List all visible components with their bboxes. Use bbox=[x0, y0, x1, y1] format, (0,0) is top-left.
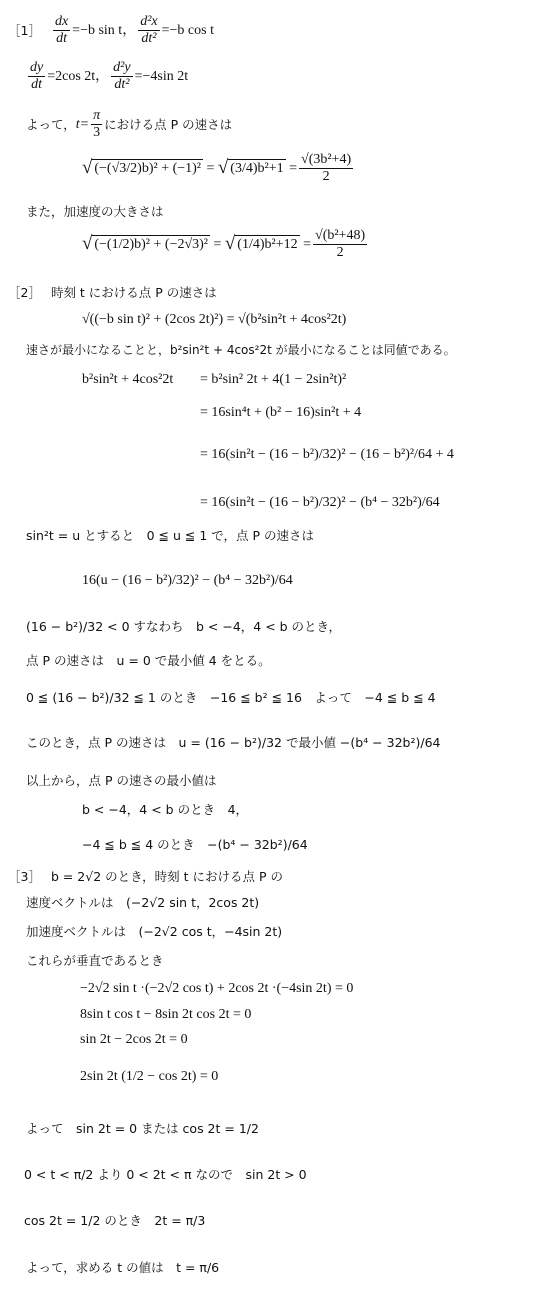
part3-intro: ［3］ b = 2√2 のとき，時刻 t における点 P の bbox=[8, 868, 283, 886]
sqrt: √(3/4)b²+1 bbox=[218, 159, 286, 178]
part3-answer: よって，求める t の値は t = π/6 bbox=[26, 1259, 219, 1277]
part2-speed-expr: √((−b sin t)² + (2cos 2t)²) = √(b²sin²t … bbox=[82, 311, 346, 329]
pi-over-3: π3 bbox=[91, 108, 102, 141]
dx-dt-fraction: dxdt bbox=[53, 14, 70, 47]
part2-intro: ［2］ 時刻 t における点 P の速さは bbox=[8, 284, 217, 302]
text: 時刻 t における点 P の速さは bbox=[51, 284, 217, 302]
part3-velocity: 速度ベクトルは (−2√2 sin t，2cos 2t) bbox=[26, 894, 259, 912]
part1-label: ［1］ bbox=[8, 22, 41, 40]
d2y-dt2-fraction: d²ydt² bbox=[111, 60, 132, 93]
d2x-rhs: =−b cos t bbox=[162, 22, 214, 40]
text: よって， bbox=[26, 116, 76, 134]
speed-result: √(3b²+4)2 bbox=[299, 152, 353, 185]
part3-acceleration: 加速度ベクトルは (−2√2 cos t，−4sin 2t) bbox=[26, 923, 282, 941]
part2-summary-1: b < −4，4 < b のとき 4， bbox=[82, 801, 248, 819]
d2x-dt2-fraction: d²xdt² bbox=[138, 14, 159, 47]
part1-line1: ［1］ dxdt =−b sin t， d²xdt² =−b cos t bbox=[8, 14, 214, 47]
t-var: t= bbox=[76, 116, 89, 134]
part2-label: ［2］ bbox=[8, 284, 41, 302]
part1-speed-formula: √(−(√3/2)b)² + (−1)² = √(3/4)b²+1 = √(3b… bbox=[82, 152, 355, 185]
part1-line2: dydt =2cos 2t， d²ydt² =−4sin 2t bbox=[26, 60, 188, 93]
part3-perp: これらが垂直であるとき bbox=[26, 952, 164, 970]
part3-step-1: −2√2 sin t ·(−2√2 cos t) + 2cos 2t ·(−4s… bbox=[80, 980, 353, 998]
sqrt: √(−(1/2)b)² + (−2√3)² bbox=[82, 235, 210, 254]
sqrt: √(1/4)b²+12 bbox=[225, 235, 300, 254]
part3-step-4: 2sin 2t (1/2 − cos 2t) = 0 bbox=[80, 1068, 218, 1086]
text: b = 2√2 のとき，時刻 t における点 P の bbox=[51, 868, 283, 886]
eq-lhs: b²sin²t + 4cos²2t bbox=[82, 371, 173, 389]
part2-case1-cond: (16 − b²)/32 < 0 すなわち b < −4，4 < b のとき， bbox=[26, 618, 341, 636]
part1-accel-intro: また，加速度の大きさは bbox=[26, 203, 164, 221]
part3-so1: よって sin 2t = 0 または cos 2t = 1/2 bbox=[26, 1120, 259, 1138]
d2y-rhs: =−4sin 2t bbox=[135, 68, 189, 86]
part3-range: 0 < t < π/2 より 0 < 2t < π なので sin 2t > 0 bbox=[24, 1166, 307, 1184]
eq-step-3: = 16(sin²t − (16 − b²)/32)² − (16 − b²)²… bbox=[200, 446, 454, 464]
part2-subst: sin²t = u とすると 0 ≦ u ≦ 1 で，点 P の速さは bbox=[26, 527, 314, 545]
sqrt: √(−(√3/2)b)² + (−1)² bbox=[82, 159, 203, 178]
part2-case2-result: このとき，点 P の速さは u = (16 − b²)/32 で最小値 −(b⁴… bbox=[26, 734, 440, 752]
part2-summary-intro: 以上から，点 P の速さの最小値は bbox=[26, 772, 217, 790]
part3-step-2: 8sin t cos t − 8sin 2t cos 2t = 0 bbox=[80, 1006, 251, 1024]
eq-step-1: = b²sin² 2t + 4(1 − 2sin²t)² bbox=[200, 371, 346, 389]
part2-summary-2: −4 ≦ b ≦ 4 のとき −(b⁴ − 32b²)/64 bbox=[82, 836, 308, 854]
part3-label: ［3］ bbox=[8, 868, 41, 886]
accel-result: √(b²+48)2 bbox=[313, 228, 367, 261]
dx-rhs: =−b sin t， bbox=[72, 22, 136, 40]
dy-rhs: =2cos 2t， bbox=[47, 68, 109, 86]
text: における点 P の速さは bbox=[104, 116, 232, 134]
part2-equivalence: 速さが最小になることと，b²sin²t + 4cos²2t が最小になることは同… bbox=[26, 341, 456, 359]
part2-u-expr: 16(u − (16 − b²)/32)² − (b⁴ − 32b²)/64 bbox=[82, 572, 293, 590]
part2-case2-cond: 0 ≦ (16 − b²)/32 ≦ 1 のとき −16 ≦ b² ≦ 16 よ… bbox=[26, 689, 436, 707]
part1-accel-formula: √(−(1/2)b)² + (−2√3)² = √(1/4)b²+12 = √(… bbox=[82, 228, 369, 261]
eq-step-2: = 16sin⁴t + (b² − 16)sin²t + 4 bbox=[200, 404, 361, 422]
part2-case1-result: 点 P の速さは u = 0 で最小値 4 をとる。 bbox=[26, 652, 271, 670]
eq-step-4: = 16(sin²t − (16 − b²)/32)² − (b⁴ − 32b²… bbox=[200, 494, 440, 512]
dy-dt-fraction: dydt bbox=[28, 60, 45, 93]
part1-speed-intro: よって， t= π3 における点 P の速さは bbox=[26, 108, 232, 141]
part3-cos-case: cos 2t = 1/2 のとき 2t = π/3 bbox=[24, 1212, 205, 1230]
part3-step-3: sin 2t − 2cos 2t = 0 bbox=[80, 1031, 188, 1049]
